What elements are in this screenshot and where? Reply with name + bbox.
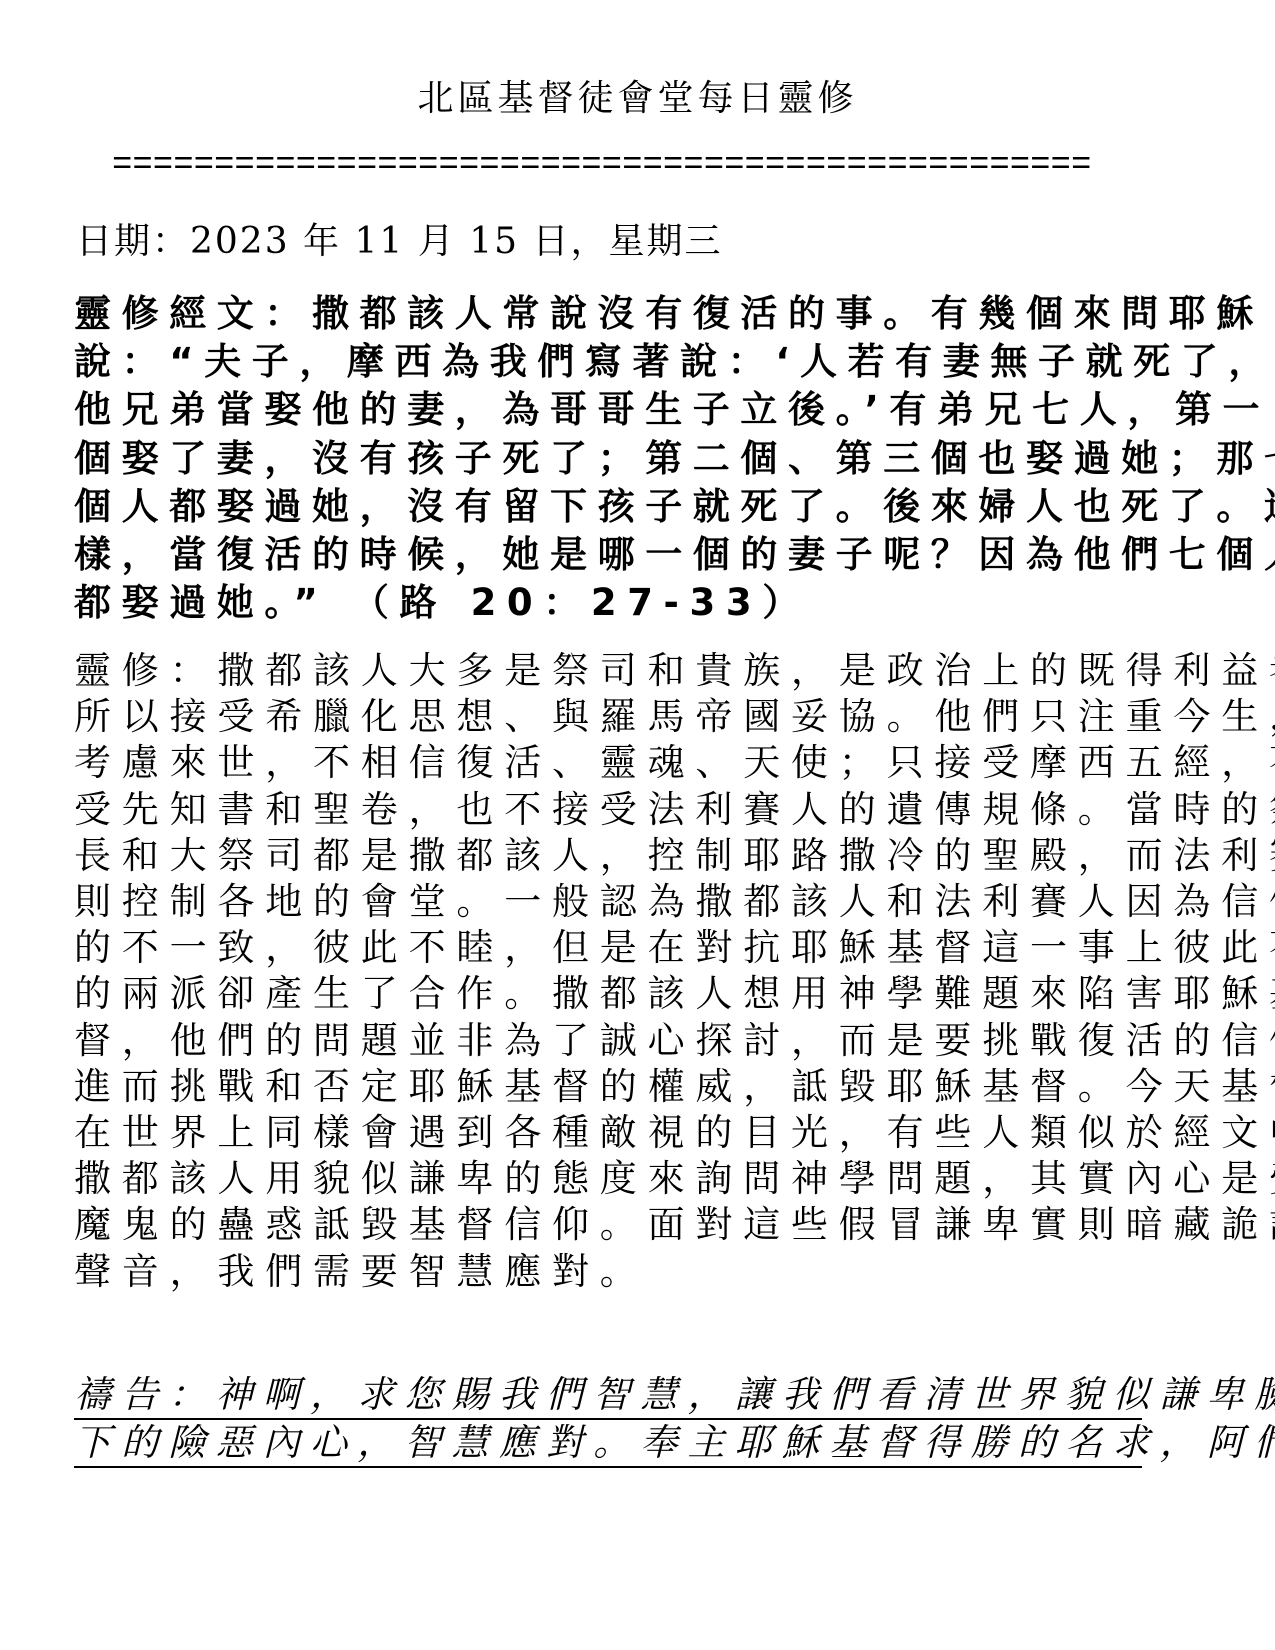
devotion-line: 督，他們的問題並非為了誠心探討，而是要挑戰復活的信仰， <box>74 1018 1154 1064</box>
scripture-line: 個人都娶過她，沒有留下孩子就死了。後來婦人也死了。這 <box>74 483 1154 531</box>
devotion-line: 聲音，我們需要智慧應對。 <box>74 1249 1154 1295</box>
devotion-line: 撒都該人用貌似謙卑的態度來詢問神學問題，其實內心是受了 <box>74 1156 1154 1202</box>
prayer-line: 禱告：神啊，求您賜我們智慧，讓我們看清世界貌似謙卑臉孔 <box>74 1372 1142 1420</box>
scripture-passage: 靈修經文：撒都該人常說沒有復活的事。有幾個來問耶穌 說：“夫子，摩西為我們寫著說… <box>74 290 1154 627</box>
devotion-line: 的不一致，彼此不睦，但是在對抗耶穌基督這一事上彼此不睦 <box>74 925 1154 971</box>
devotion-line: 長和大祭司都是撒都該人，控制耶路撒冷的聖殿，而法利賽人 <box>74 833 1154 879</box>
devotion-line: 魔鬼的蠱惑詆毀基督信仰。面對這些假冒謙卑實則暗藏詭計的 <box>74 1202 1154 1248</box>
prayer-section: 禱告：神啊，求您賜我們智慧，讓我們看清世界貌似謙卑臉孔 下的險惡內心，智慧應對。… <box>74 1372 1154 1468</box>
separator-line: ========================================… <box>112 146 1112 186</box>
scripture-line: 都娶過她。” （路 20：27-33） <box>74 579 1154 627</box>
devotion-line: 受先知書和聖卷，也不接受法利賽人的遺傳規條。當時的祭司 <box>74 787 1154 833</box>
scripture-line: 樣，當復活的時候，她是哪一個的妻子呢？因為他們七個人 <box>74 531 1154 579</box>
scripture-line: 說：“夫子，摩西為我們寫著說：‘人若有妻無子就死了， <box>74 338 1154 386</box>
scripture-line: 他兄弟當娶他的妻，為哥哥生子立後。’有弟兄七人，第一 <box>74 386 1154 434</box>
devotion-line: 靈修：撒都該人大多是祭司和貴族，是政治上的既得利益者， <box>74 648 1154 694</box>
devotion-line: 所以接受希臘化思想、與羅馬帝國妥協。他們只注重今生，不 <box>74 694 1154 740</box>
prayer-line: 下的險惡內心，智慧應對。奉主耶穌基督得勝的名求，阿們。 <box>74 1420 1142 1468</box>
devotion-line: 的兩派卻產生了合作。撒都該人想用神學難題來陷害耶穌基 <box>74 971 1154 1017</box>
devotion-line: 考慮來世，不相信復活、靈魂、天使；只接受摩西五經，不接 <box>74 740 1154 786</box>
devotion-line: 進而挑戰和否定耶穌基督的權威，詆毀耶穌基督。今天基督徒 <box>74 1064 1154 1110</box>
scripture-line: 靈修經文：撒都該人常說沒有復活的事。有幾個來問耶穌 <box>74 290 1154 338</box>
date-line: 日期：2023 年 11 月 15 日，星期三 <box>76 218 722 266</box>
devotion-commentary: 靈修：撒都該人大多是祭司和貴族，是政治上的既得利益者， 所以接受希臘化思想、與羅… <box>74 648 1154 1295</box>
document-title: 北區基督徒會堂每日靈修 <box>0 74 1275 124</box>
scripture-line: 個娶了妻，沒有孩子死了；第二個、第三個也娶過她；那七 <box>74 435 1154 483</box>
devotion-line: 在世界上同樣會遇到各種敵視的目光，有些人類似於經文中的 <box>74 1110 1154 1156</box>
devotion-line: 則控制各地的會堂。一般認為撒都該人和法利賽人因為信仰上 <box>74 879 1154 925</box>
